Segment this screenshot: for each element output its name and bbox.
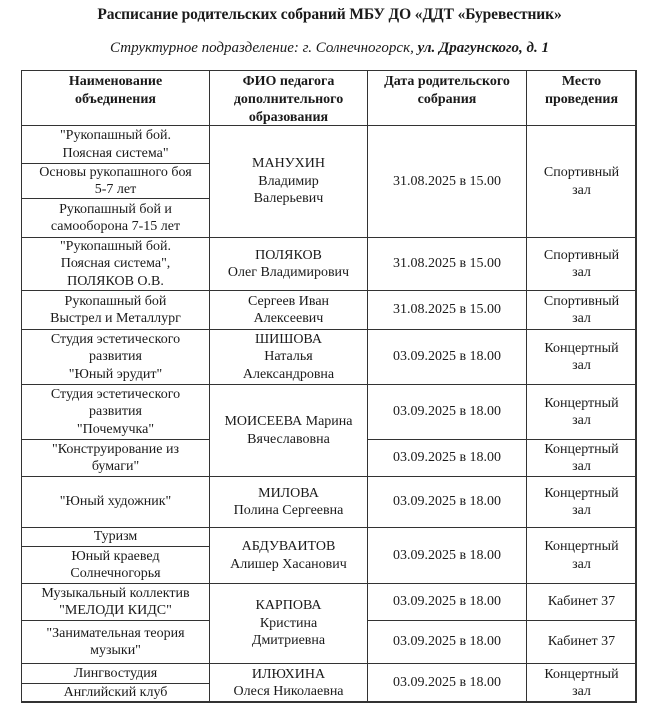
association-cell: Студия эстетического развития "Почемучка… — [21, 384, 210, 440]
teacher-cell: МАНУХИН Владимир Валерьевич — [209, 125, 368, 238]
teacher-cell: ШИШОВА Наталья Александровна — [209, 329, 368, 385]
association-cell: "Занимательная теория музыки" — [21, 620, 210, 664]
place-cell: Кабинет 37 — [526, 583, 637, 621]
date-cell: 31.08.2025 в 15.00 — [367, 237, 527, 291]
place-cell: Концертный зал — [526, 384, 637, 440]
association-cell: Английский клуб — [21, 683, 210, 703]
place-cell: Концертный зал — [526, 439, 637, 477]
place-cell: Спортивный зал — [526, 125, 637, 238]
association-cell: Рукопашный бой и самооборона 7-15 лет — [21, 198, 210, 238]
place-cell: Концертный зал — [526, 527, 637, 584]
association-cell: "Рукопашный бой. Поясная система" — [21, 125, 210, 164]
association-cell: Студия эстетического развития "Юный эруд… — [21, 329, 210, 385]
place-cell: Концертный зал — [526, 476, 637, 528]
date-cell: 03.09.2025 в 18.00 — [367, 620, 527, 664]
place-cell: Спортивный зал — [526, 290, 637, 330]
subtitle-address: ул. Драгунского, д. 1 — [418, 40, 549, 56]
association-cell: "Рукопашный бой. Поясная система", ПОЛЯК… — [21, 237, 210, 291]
teacher-cell: Сергеев Иван Алексеевич — [209, 290, 368, 330]
date-cell: 03.09.2025 в 18.00 — [367, 583, 527, 621]
place-cell: Кабинет 37 — [526, 620, 637, 664]
teacher-cell: ИЛЮХИНА Олеся Николаевна — [209, 663, 368, 703]
date-cell: 03.09.2025 в 18.00 — [367, 439, 527, 477]
association-cell: Туризм — [21, 527, 210, 547]
subtitle-prefix: Структурное подразделение: г. Солнечного… — [110, 40, 418, 56]
document-subtitle: Структурное подразделение: г. Солнечного… — [0, 40, 659, 57]
place-cell: Спортивный зал — [526, 237, 637, 291]
association-cell: Юный краевед Солнечногорья — [21, 546, 210, 584]
document-title: Расписание родительских собраний МБУ ДО … — [0, 6, 659, 24]
association-cell: Рукопашный бой Выстрел и Металлург — [21, 290, 210, 330]
teacher-cell: ПОЛЯКОВ Олег Владимирович — [209, 237, 368, 291]
date-cell: 03.09.2025 в 18.00 — [367, 384, 527, 440]
association-cell: Лингвостудия — [21, 663, 210, 684]
header-cell: Место проведения — [526, 70, 637, 126]
teacher-cell: МИЛОВА Полина Сергеевна — [209, 476, 368, 528]
association-cell: "Юный художник" — [21, 476, 210, 528]
header-cell: Дата родительского собрания — [367, 70, 527, 126]
teacher-cell: МОИСЕЕВА Марина Вячеславовна — [209, 384, 368, 477]
date-cell: 03.09.2025 в 18.00 — [367, 663, 527, 703]
teacher-cell: АБДУВАИТОВ Алишер Хасанович — [209, 527, 368, 584]
association-cell: Музыкальный коллектив "МЕЛОДИ КИДС" — [21, 583, 210, 621]
date-cell: 31.08.2025 в 15.00 — [367, 125, 527, 238]
place-cell: Концертный зал — [526, 329, 637, 385]
place-cell: Концертный зал — [526, 663, 637, 703]
association-cell: "Конструирование из бумаги" — [21, 439, 210, 477]
teacher-cell: КАРПОВА Кристина Дмитриевна — [209, 583, 368, 664]
date-cell: 03.09.2025 в 18.00 — [367, 527, 527, 584]
date-cell: 03.09.2025 в 18.00 — [367, 476, 527, 528]
association-cell: Основы рукопашного боя 5-7 лет — [21, 163, 210, 199]
date-cell: 03.09.2025 в 18.00 — [367, 329, 527, 385]
header-cell: Наименование объединения — [21, 70, 210, 126]
date-cell: 31.08.2025 в 15.00 — [367, 290, 527, 330]
header-cell: ФИО педагога дополнительного образования — [209, 70, 368, 126]
